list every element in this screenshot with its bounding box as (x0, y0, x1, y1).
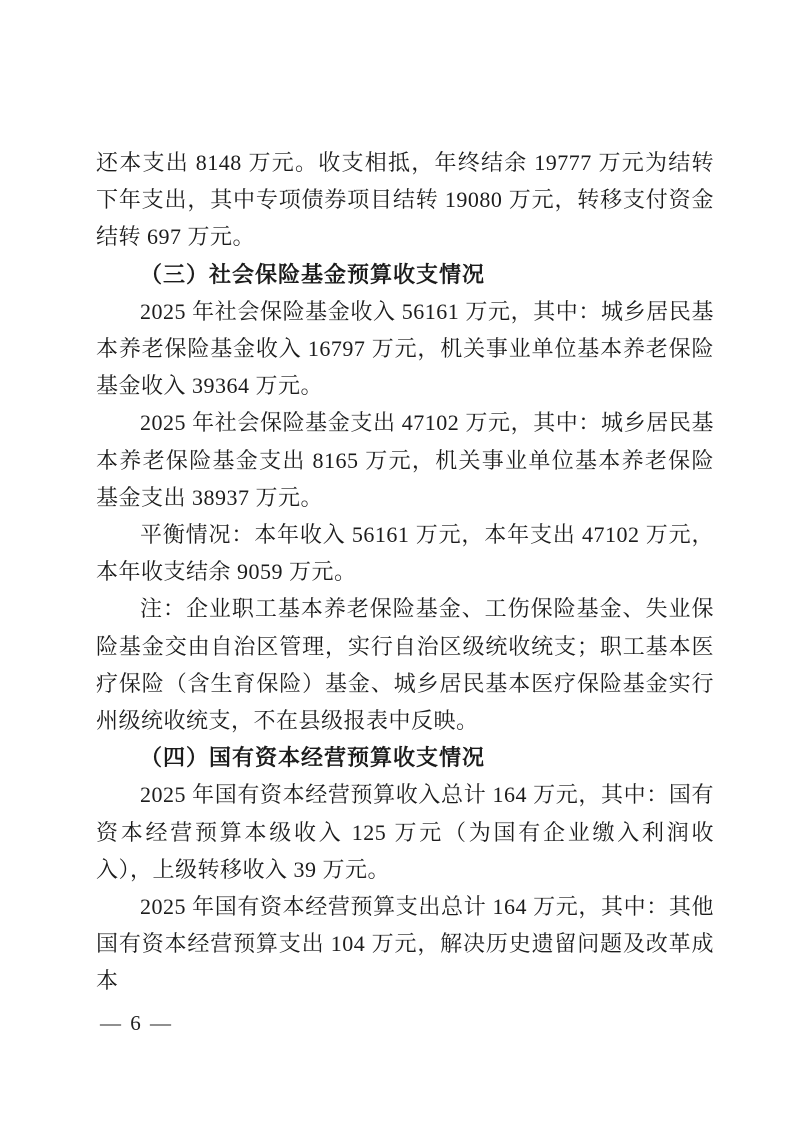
paragraph: 平衡情况：本年收入 56161 万元，本年支出 47102 万元，本年收支结余 … (96, 516, 714, 590)
section-heading: （四）国有资本经营预算收支情况 (96, 739, 714, 776)
paragraph: 注：企业职工基本养老保险基金、工伤保险基金、失业保险基金交由自治区管理，实行自治… (96, 590, 714, 739)
section-heading: （三）社会保险基金预算收支情况 (96, 256, 714, 293)
paragraph: 还本支出 8148 万元。收支相抵，年终结余 19777 万元为结转下年支出，其… (96, 144, 714, 256)
paragraph: 2025 年社会保险基金收入 56161 万元，其中：城乡居民基本养老保险基金收… (96, 293, 714, 405)
paragraph: 2025 年国有资本经营预算支出总计 164 万元，其中：其他国有资本经营预算支… (96, 888, 714, 1000)
page-number-label: — 6 — (100, 1011, 173, 1035)
paragraph: 2025 年社会保险基金支出 47102 万元，其中：城乡居民基本养老保险基金支… (96, 404, 714, 516)
page-footer: — 6 — (100, 1008, 173, 1038)
document-page: 还本支出 8148 万元。收支相抵，年终结余 19777 万元为结转下年支出，其… (0, 0, 793, 1122)
paragraph: 2025 年国有资本经营预算收入总计 164 万元，其中：国有资本经营预算本级收… (96, 776, 714, 888)
page-body-text: 还本支出 8148 万元。收支相抵，年终结余 19777 万元为结转下年支出，其… (96, 144, 714, 1000)
